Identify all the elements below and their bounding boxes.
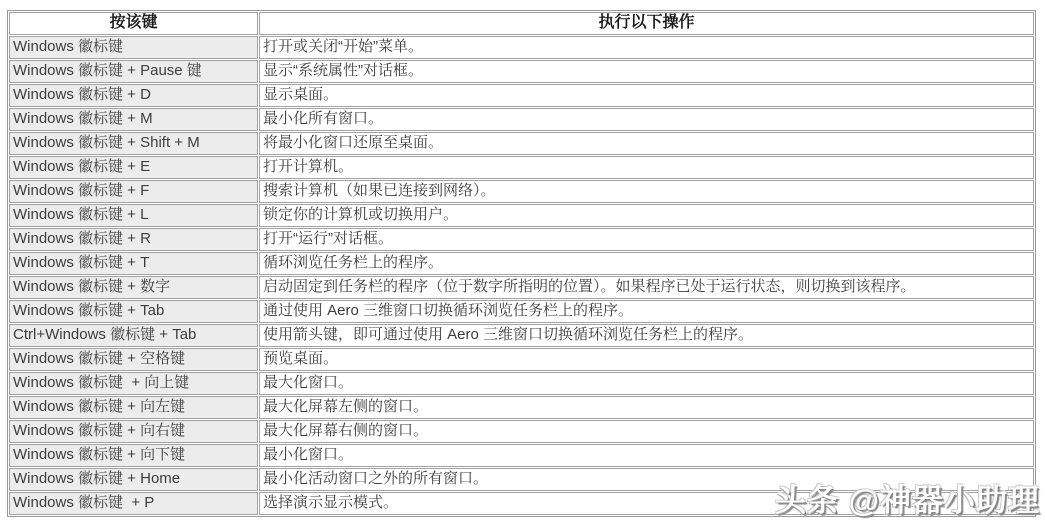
table-row: Windows 徽标键 + Tab通过使用 Aero 三维窗口切换循环浏览任务栏… <box>9 300 1034 323</box>
table-row: Windows 徽标键 + T循环浏览任务栏上的程序。 <box>9 252 1034 275</box>
table-row: Windows 徽标键 + E打开计算机。 <box>9 156 1034 179</box>
key-cell: Windows 徽标键 + Tab <box>9 300 258 323</box>
table-row: Windows 徽标键 + Home最小化活动窗口之外的所有窗口。 <box>9 468 1034 491</box>
table-row: Windows 徽标键 + F搜索计算机（如果已连接到网络）。 <box>9 180 1034 203</box>
key-cell: Windows 徽标键 + 向右键 <box>9 420 258 443</box>
table-row: Windows 徽标键 + 向下键最小化窗口。 <box>9 444 1034 467</box>
key-cell: Windows 徽标键 + M <box>9 108 258 131</box>
action-cell: 锁定你的计算机或切换用户。 <box>259 204 1034 227</box>
table-row: Windows 徽标键 + 空格键预览桌面。 <box>9 348 1034 371</box>
action-cell: 通过使用 Aero 三维窗口切换循环浏览任务栏上的程序。 <box>259 300 1034 323</box>
shortcut-table-body: Windows 徽标键打开或关闭“开始”菜单。Windows 徽标键 + Pau… <box>9 36 1034 515</box>
action-cell: 显示“系统属性”对话框。 <box>259 60 1034 83</box>
table-row: Windows 徽标键打开或关闭“开始”菜单。 <box>9 36 1034 59</box>
key-cell: Windows 徽标键 + 数字 <box>9 276 258 299</box>
action-cell: 打开“运行”对话框。 <box>259 228 1034 251</box>
table-row: Windows 徽标键 + M最小化所有窗口。 <box>9 108 1034 131</box>
table-row: Ctrl+Windows 徽标键 + Tab使用箭头键，即可通过使用 Aero … <box>9 324 1034 347</box>
header-key-column: 按该键 <box>9 12 258 35</box>
table-header-row: 按该键 执行以下操作 <box>9 12 1034 35</box>
action-cell: 显示桌面。 <box>259 84 1034 107</box>
table-row: Windows 徽标键 + 向右键最大化屏幕右侧的窗口。 <box>9 420 1034 443</box>
key-cell: Windows 徽标键 + F <box>9 180 258 203</box>
key-cell: Windows 徽标键 + R <box>9 228 258 251</box>
header-action-column: 执行以下操作 <box>259 12 1034 35</box>
table-row: Windows 徽标键 + D显示桌面。 <box>9 84 1034 107</box>
key-cell: Ctrl+Windows 徽标键 + Tab <box>9 324 258 347</box>
action-cell: 打开或关闭“开始”菜单。 <box>259 36 1034 59</box>
table-row: Windows 徽标键 + 数字启动固定到任务栏的程序（位于数字所指明的位置）。… <box>9 276 1034 299</box>
table-row: Windows 徽标键 + 向上键最大化窗口。 <box>9 372 1034 395</box>
shortcut-table: 按该键 执行以下操作 Windows 徽标键打开或关闭“开始”菜单。Window… <box>7 10 1036 517</box>
action-cell: 预览桌面。 <box>259 348 1034 371</box>
action-cell: 最大化屏幕左侧的窗口。 <box>259 396 1034 419</box>
action-cell: 搜索计算机（如果已连接到网络）。 <box>259 180 1034 203</box>
key-cell: Windows 徽标键 + Pause 键 <box>9 60 258 83</box>
action-cell: 最小化窗口。 <box>259 444 1034 467</box>
key-cell: Windows 徽标键 + Shift + M <box>9 132 258 155</box>
key-cell: Windows 徽标键 + 向左键 <box>9 396 258 419</box>
action-cell: 将最小化窗口还原至桌面。 <box>259 132 1034 155</box>
key-cell: Windows 徽标键 + 向上键 <box>9 372 258 395</box>
table-row: Windows 徽标键 + Pause 键显示“系统属性”对话框。 <box>9 60 1034 83</box>
action-cell: 最大化窗口。 <box>259 372 1034 395</box>
key-cell: Windows 徽标键 + 向下键 <box>9 444 258 467</box>
key-cell: Windows 徽标键 + E <box>9 156 258 179</box>
action-cell: 选择演示显示模式。 <box>259 492 1034 515</box>
action-cell: 启动固定到任务栏的程序（位于数字所指明的位置）。如果程序已处于运行状态，则切换到… <box>259 276 1034 299</box>
key-cell: Windows 徽标键 + 空格键 <box>9 348 258 371</box>
shortcut-reference-table-wrap: 按该键 执行以下操作 Windows 徽标键打开或关闭“开始”菜单。Window… <box>7 10 1036 517</box>
action-cell: 最大化屏幕右侧的窗口。 <box>259 420 1034 443</box>
key-cell: Windows 徽标键 + Home <box>9 468 258 491</box>
key-cell: Windows 徽标键 + T <box>9 252 258 275</box>
table-row: Windows 徽标键 + 向左键最大化屏幕左侧的窗口。 <box>9 396 1034 419</box>
key-cell: Windows 徽标键 <box>9 36 258 59</box>
table-row: Windows 徽标键 + Shift + M将最小化窗口还原至桌面。 <box>9 132 1034 155</box>
table-row: Windows 徽标键 + R打开“运行”对话框。 <box>9 228 1034 251</box>
action-cell: 使用箭头键，即可通过使用 Aero 三维窗口切换循环浏览任务栏上的程序。 <box>259 324 1034 347</box>
key-cell: Windows 徽标键 + P <box>9 492 258 515</box>
table-row: Windows 徽标键 + L锁定你的计算机或切换用户。 <box>9 204 1034 227</box>
action-cell: 打开计算机。 <box>259 156 1034 179</box>
table-row: Windows 徽标键 + P选择演示显示模式。 <box>9 492 1034 515</box>
action-cell: 最小化活动窗口之外的所有窗口。 <box>259 468 1034 491</box>
action-cell: 循环浏览任务栏上的程序。 <box>259 252 1034 275</box>
key-cell: Windows 徽标键 + L <box>9 204 258 227</box>
action-cell: 最小化所有窗口。 <box>259 108 1034 131</box>
key-cell: Windows 徽标键 + D <box>9 84 258 107</box>
